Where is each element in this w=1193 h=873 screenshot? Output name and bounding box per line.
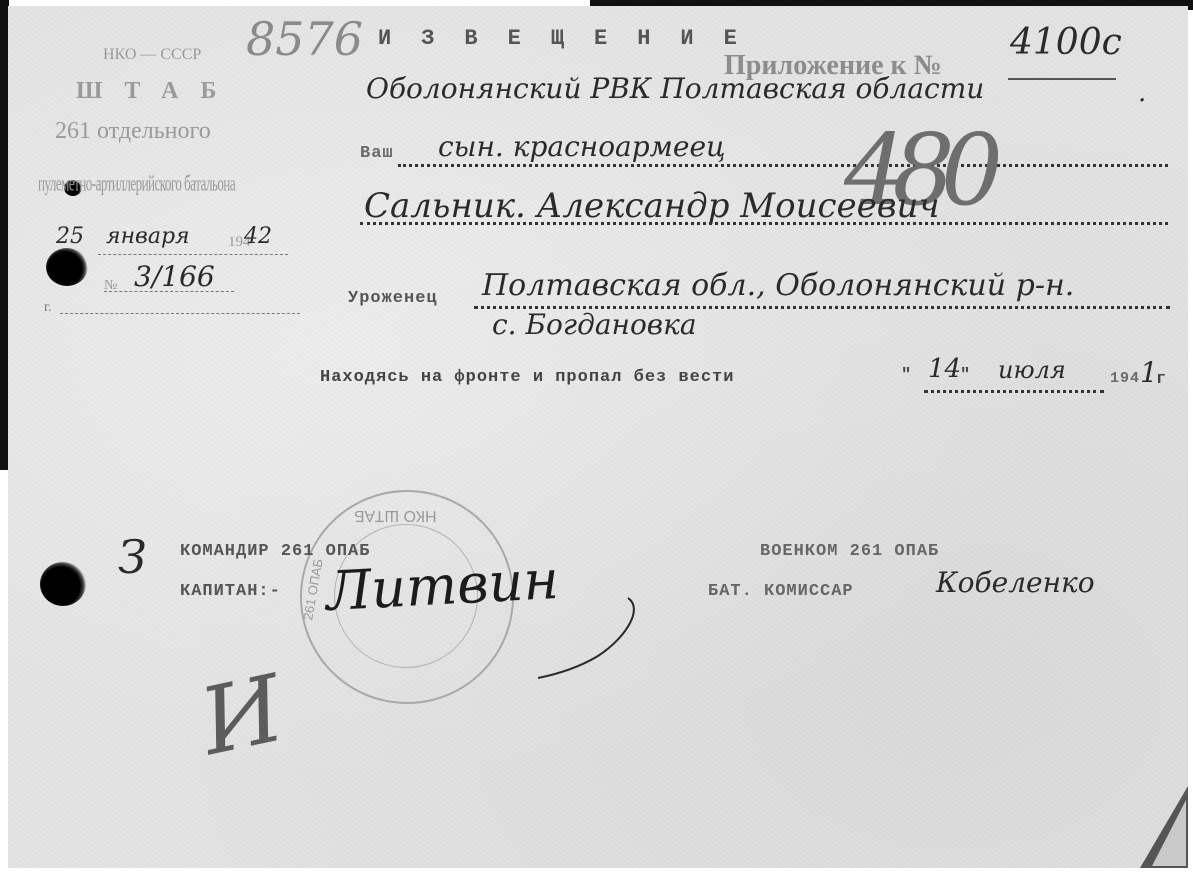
date-day: 25 — [56, 224, 84, 249]
quote-open: " — [901, 366, 912, 385]
stamp-nko: НКО — СССР — [103, 46, 201, 64]
missing-date-dots — [924, 390, 1104, 393]
commander-signature: Литвин — [325, 548, 561, 623]
margin-pencil-mark: И — [192, 655, 293, 776]
status-text: Находясь на фронте и пропал без вести — [320, 368, 734, 387]
commissar-rank: БАТ. КОМИССАР — [708, 582, 854, 601]
line1-prefix: Ваш — [360, 144, 394, 163]
birthplace-line2: с. Богдановка — [492, 308, 697, 341]
commissar-title: ВОЕНКОМ 261 ОПАБ — [760, 542, 939, 561]
document-page: НКО — СССР ШТАБ 261 отдельного пулеметно… — [8, 6, 1188, 868]
seal-text-top: НКО ШТАБ — [354, 506, 437, 524]
name-dots — [360, 222, 1168, 225]
page-curl-highlight — [1152, 800, 1186, 866]
document-title: ИЗВЕЩЕНИЕ — [378, 26, 767, 51]
soldier-full-name: Сальник. Александр Моисеевич — [364, 186, 940, 226]
left-mark: З — [118, 530, 147, 584]
birthplace-label: Уроженец — [348, 289, 438, 308]
line1-dots — [398, 164, 1168, 167]
addressee: Оболонянский РВК Полтавская области — [366, 72, 984, 105]
punch-hole-top — [46, 248, 88, 286]
quote-close: " — [960, 366, 971, 385]
punch-hole-bottom — [40, 562, 86, 606]
seal-text-side: 261 ОПАБ — [300, 558, 326, 622]
date-underline — [98, 254, 288, 255]
birthplace-line1: Полтавская обл., Оболонянский р-н. — [482, 268, 1074, 303]
commander-rank: КАПИТАН:- — [180, 582, 281, 601]
addressee-dot: . — [1138, 78, 1146, 108]
missing-year-prefix: 194 — [1110, 370, 1140, 387]
date-year: 42 — [244, 224, 272, 249]
stamp-battalion: пулеметно-артиллерийского батальона — [38, 170, 235, 197]
year-unit: г — [1156, 370, 1167, 389]
date-month: января — [106, 224, 190, 249]
pencil-archive-number: 8576 — [246, 12, 363, 66]
stamp-shtab: ШТАБ — [76, 78, 238, 105]
appendix-number: 4100с — [1010, 22, 1122, 63]
relation-and-rank: сын. красноармеец — [438, 130, 726, 163]
commissar-signature: Кобеленко — [936, 566, 1095, 599]
document-number: 3/166 — [134, 260, 215, 293]
missing-month: июля — [998, 356, 1066, 384]
place-label: г. — [44, 300, 52, 316]
stamp-unit: 261 отдельного — [55, 118, 211, 145]
missing-day: 14 — [928, 354, 961, 384]
appendix-underline — [1008, 78, 1116, 80]
number-underline — [104, 291, 234, 292]
signature-flourish — [528, 596, 648, 686]
place-underline — [60, 313, 300, 314]
commander-title: КОМАНДИР 261 ОПАБ — [180, 542, 370, 561]
